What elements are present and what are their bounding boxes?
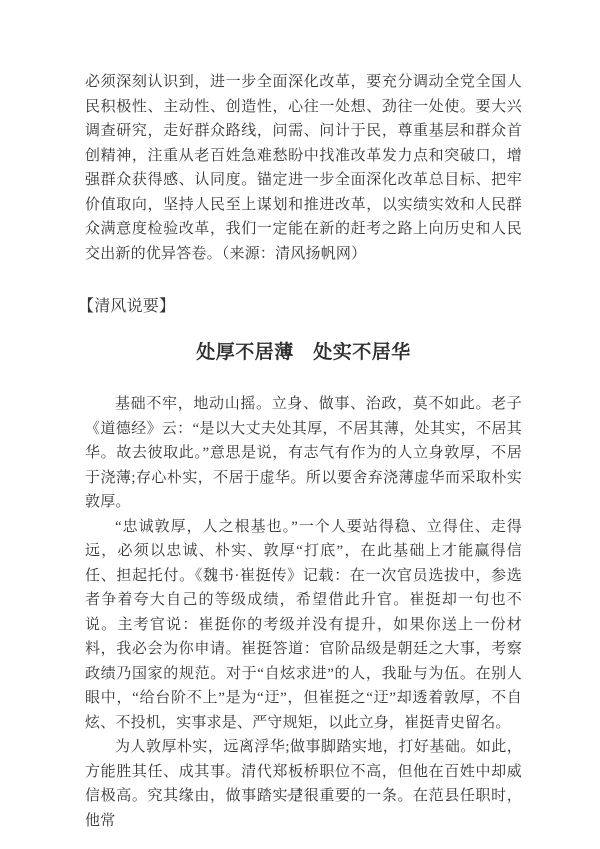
body-paragraph-3: 为人敦厚朴实，远离浮华;做事脚踏实地，打好基础。如此，方能胜其任、成其事。清代郑… (85, 735, 522, 833)
article-title: 处厚不居薄 处实不居华 (85, 338, 522, 368)
document-page: 必须深刻认识到，进一步全面深化改革，要充分调动全党全国人民积极性、主动性、创造性… (0, 0, 600, 849)
body-paragraph-1: 基础不牢，地动山摇。立身、做事、治政，莫不如此。老子《道德经》云：“是以大丈夫处… (85, 392, 522, 515)
body-paragraph-2: “忠诚敦厚，人之根基也。”一个人要站得稳、立得住、走得远，必须以忠诚、朴实、敦厚… (85, 515, 522, 736)
paragraph-continuation: 必须深刻认识到，进一步全面深化改革，要充分调动全党全国人民积极性、主动性、创造性… (85, 70, 522, 266)
page-number: - 7 - (0, 786, 600, 802)
section-label: 【清风说要】 (78, 295, 522, 319)
document-content: 必须深刻认识到，进一步全面深化改革，要充分调动全党全国人民积极性、主动性、创造性… (85, 70, 522, 833)
